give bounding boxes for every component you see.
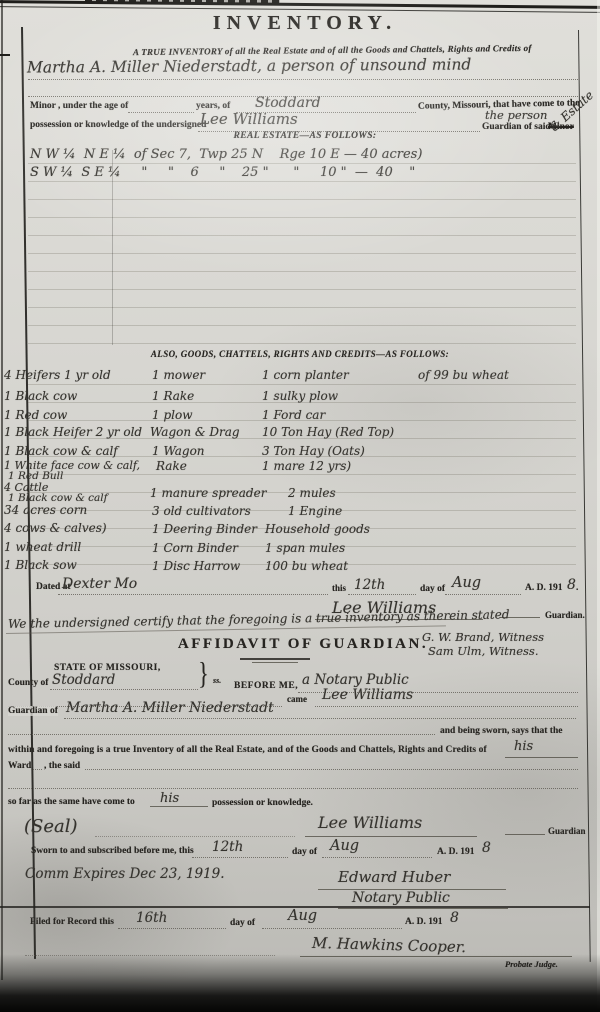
dated-month-leader — [445, 594, 521, 595]
right-page-border — [578, 30, 591, 962]
true-inventory-text: within and foregoing is a true Inventory… — [8, 745, 487, 755]
goods-cell-r5c1: 1 Black cow & calf — [4, 444, 118, 458]
dated-ad-label: A. D. 191 — [525, 583, 562, 593]
sworn-subscribed-text: Sworn to and subscribed before me, this — [31, 846, 194, 856]
before-me-label: BEFORE ME, — [234, 681, 298, 691]
goods-cell-r7c3: 2 mules — [288, 486, 336, 500]
his2-underline — [150, 806, 208, 807]
jurat-ad-label: A. D. 191 — [437, 847, 474, 857]
dated-year-handwritten: 8 — [567, 577, 576, 593]
goods-cell-r4c1: 1 Black Heifer 2 yr old — [4, 425, 142, 439]
goods-cell-r6c3: 1 mare 12 yrs) — [262, 459, 351, 473]
real-estate-line-2: S W ¼ S E ¼ " " 6 " 25 " " 10 " — 40 " — [30, 165, 415, 180]
county-handwritten: Stoddard — [255, 95, 321, 111]
so-far-text: so far as the same have come to — [8, 797, 135, 807]
goods-cell-r1c1: 4 Heifers 1 yr old — [4, 368, 111, 382]
filed-day-handwritten: 16th — [136, 910, 167, 926]
age-leader — [128, 112, 194, 113]
dated-this-label: this — [332, 583, 346, 593]
ward-name-handwritten: Martha A. Miller Niederstadt — [66, 700, 274, 716]
jurat-dayof-label: day of — [292, 847, 317, 857]
jurat-year-handwritten: 8 — [482, 840, 491, 856]
blank-affidavit-leader — [8, 788, 578, 789]
affidavit-county-handwritten: Stoddard — [52, 672, 115, 688]
jurat-signature-line — [305, 836, 477, 837]
goods-cell-r11c2: 1 Disc Harrow — [152, 559, 240, 573]
filed-ad-label: A. D. 191 — [405, 917, 442, 927]
goods-cell-r7c2: 1 manure spreader — [150, 486, 266, 500]
minor-label: Minor — [30, 101, 56, 111]
goods-cell-r2c1: 1 Black cow — [4, 389, 77, 403]
certify-guardian-label: Guardian. — [545, 610, 585, 620]
goods-cell-r11c3: 100 bu wheat — [265, 559, 348, 573]
goods-cell-r5c3: 3 Ton Hay (Oats) — [262, 444, 365, 458]
filed-month-handwritten: Aug — [288, 908, 317, 924]
seal-handwritten: (Seal) — [24, 816, 78, 837]
dated-month-handwritten: Aug — [452, 575, 481, 591]
goods-cell-r1c3: 1 corn planter — [262, 368, 349, 382]
person-annotation-handwritten: the person — [485, 108, 547, 122]
goods-cell-r10c1: 1 wheat drill — [4, 540, 81, 554]
goods-cell-r1c2: 1 mower — [152, 368, 205, 382]
seal-leader — [95, 836, 295, 837]
page-title: INVENTORY. — [0, 12, 600, 35]
witness-1-handwritten: G. W. Brand, Witness — [422, 630, 544, 644]
intro-line: A TRUE INVENTORY of all the Real Estate … — [133, 43, 532, 57]
county-of-label: County of — [8, 678, 48, 688]
goods-cell-r6c2: Rake — [156, 459, 187, 473]
goods-cell-r9c2: 1 Deering Binder — [152, 522, 257, 536]
dated-day-handwritten: 12th — [354, 577, 385, 593]
goods-cell-r2c2: 1 Rake — [152, 389, 194, 403]
possession-knowledge-text: possession or knowledge. — [212, 798, 313, 808]
jurat-short-line — [505, 834, 545, 835]
goods-cell-r1c4: of 99 bu wheat — [418, 368, 509, 382]
dated-day-leader — [348, 594, 416, 595]
sworn-left-leader — [8, 734, 435, 735]
witness-2-handwritten: Sam Ulm, Witness. — [428, 644, 538, 658]
certify-statement-handwritten: We the undersigned certify that the fore… — [8, 607, 510, 631]
commission-expires-handwritten: Comm Expires Dec 23, 1919. — [25, 866, 225, 882]
his2-handwritten: his — [160, 791, 179, 806]
his-handwritten: his — [514, 739, 533, 754]
came-label: came — [287, 694, 307, 704]
undersigned-handwritten: Lee Williams — [200, 110, 298, 128]
goods-cell-r11c1: 1 Black sow — [4, 558, 77, 572]
came-name-handwritten: Lee Williams — [322, 687, 413, 703]
notary-title-handwritten: Notary Public — [352, 890, 450, 906]
filed-month-leader — [262, 928, 402, 929]
goods-cell-r3c3: 1 Ford car — [262, 408, 325, 422]
goods-cell-r3c1: 1 Red cow — [4, 408, 67, 422]
notary-signature: Edward Huber — [338, 868, 450, 886]
name-underline — [28, 79, 578, 80]
goods-cell-r8c3: 1 Engine — [288, 504, 342, 518]
goods-cell-r10c2: 1 Corn Binder — [152, 541, 238, 555]
ward-name-underline — [64, 718, 576, 719]
owner-name-handwritten: Martha A. Miller Niederstadt, a person o… — [27, 55, 471, 76]
dated-period: . — [576, 583, 578, 593]
left-margin-tick — [0, 54, 10, 56]
filed-day-leader — [118, 928, 226, 929]
goods-cell-r8c1: 34 acres corn — [4, 503, 87, 517]
affidavit-underline-2 — [252, 662, 298, 663]
goods-cell-r8c2: 3 old cultivators — [152, 504, 251, 518]
county-underline — [50, 689, 198, 690]
filed-dayof-label: day of — [230, 918, 255, 928]
notary-title-line — [338, 908, 508, 909]
jurat-month-leader — [322, 857, 432, 858]
the-said-leader — [85, 769, 578, 770]
goods-cell-r2c3: 1 sulky plow — [262, 389, 338, 403]
goods-heading: ALSO, GOODS, CHATTELS, RIGHTS AND CREDIT… — [0, 349, 600, 359]
ward-tiny-leader — [31, 769, 42, 770]
notary-handwritten: a Notary Public — [302, 672, 409, 688]
judge-signature: M. Hawkins Cooper. — [312, 934, 467, 956]
goods-cell-r9c1: 4 cows & calves) — [4, 521, 107, 535]
under-age-text: , under the age of — [58, 101, 128, 111]
real-estate-heading: REAL ESTATE—AS FOLLOWS: — [0, 131, 600, 141]
scan-bottom-shadow — [0, 954, 600, 1012]
filed-for-record-text: Filed for Record this — [30, 917, 114, 927]
jurat-signature: Lee Williams — [318, 813, 422, 832]
goods-cell-r10c3: 1 span mules — [265, 541, 345, 555]
venue-bracket: } — [198, 656, 208, 692]
goods-cell-r9c3: Household goods — [265, 522, 370, 536]
dated-place-leader — [58, 594, 328, 595]
goods-cell-r5c2: 1 Wagon — [152, 444, 205, 458]
goods-cell-r4c3: 10 Ton Hay (Red Top) — [262, 425, 394, 439]
scanned-inventory-document: INVENTORY. A TRUE INVENTORY of all the R… — [0, 0, 600, 1012]
real-estate-line-1: N W ¼ N E ¼ of Sec 7, Twp 25 N Rge 10 E … — [30, 147, 422, 162]
goods-cell-r4c2: Wagon & Drag — [150, 425, 240, 439]
affidavit-underline-1 — [240, 658, 310, 660]
dated-dayof-label: day of — [420, 584, 445, 594]
jurat-day-handwritten: 12th — [212, 839, 243, 855]
dated-place-handwritten: Dexter Mo — [62, 576, 137, 592]
came-underline — [315, 706, 578, 707]
jurat-guardian-label: Guardian — [548, 826, 586, 836]
filed-year-handwritten: 8 — [450, 910, 459, 926]
sworn-says-text: and being sworn, says that the — [440, 726, 562, 736]
possession-text: possession or knowledge of the undersign… — [30, 120, 206, 130]
jurat-month-handwritten: Aug — [330, 838, 359, 854]
ward-label: Ward — [8, 761, 31, 771]
goods-cell-r3c2: 1 plow — [152, 408, 192, 422]
jurat-day-leader — [192, 857, 288, 858]
ss-label: ss. — [213, 676, 221, 685]
the-said-label: , the said — [44, 761, 80, 771]
his-underline — [505, 757, 578, 758]
scan-left-edge — [1, 0, 3, 980]
guardian-of-label: Guardian of — [8, 706, 58, 716]
